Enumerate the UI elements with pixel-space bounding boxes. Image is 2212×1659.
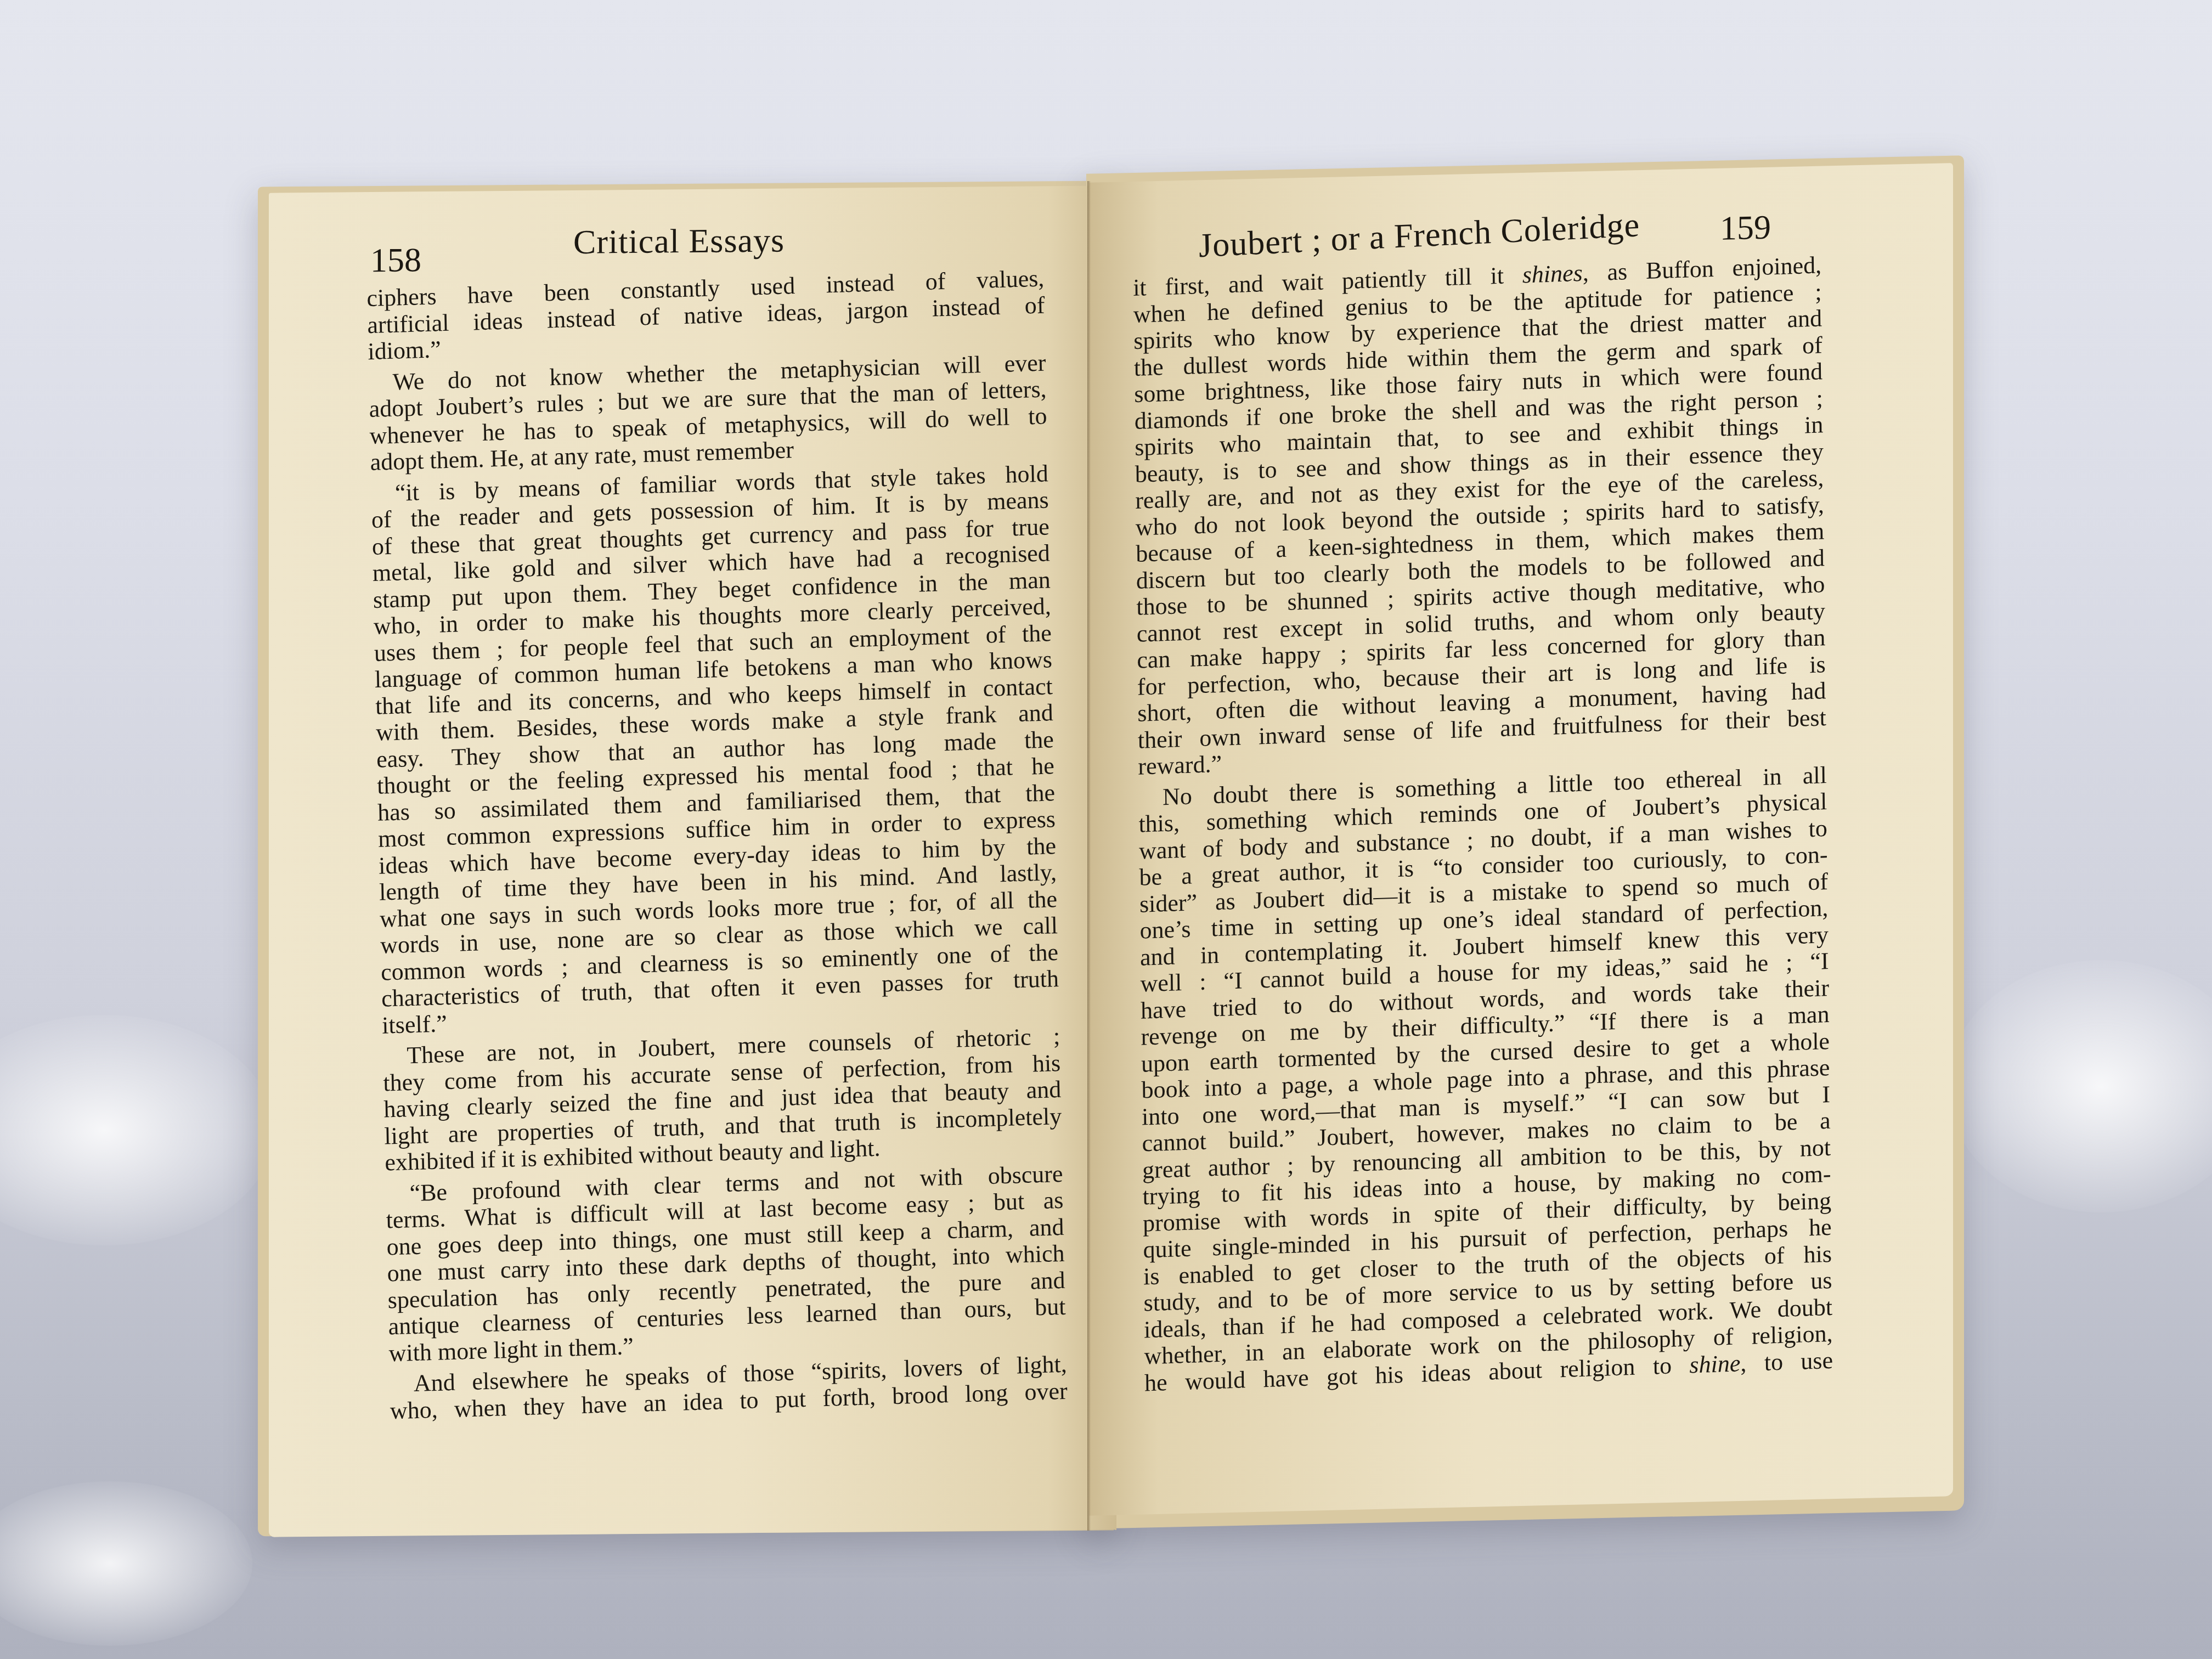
left-running-head: Critical Essays [573,222,785,262]
right-page-body: it first, and wait patiently till it shi… [1133,252,1833,1396]
left-page-body: ciphers have been constantly used instea… [366,266,1068,1425]
right-page: Joubert ; or a French Coleridge 159 it f… [1089,163,1953,1516]
left-page: 158 Critical Essays ciphers have been co… [269,185,1116,1537]
text-line-content: itself.” [382,1010,448,1039]
right-running-head: Joubert ; or a French Coleridge [1198,206,1640,266]
text-line-content: idiom.” [368,336,441,365]
left-page-number: 158 [370,241,421,280]
italic-word: shines [1522,259,1583,289]
text-line-content: reward.” [1138,751,1222,780]
right-page-number: 159 [1720,208,1771,249]
italic-word: shine [1689,1350,1740,1378]
open-book: 158 Critical Essays ciphers have been co… [0,0,2212,1659]
text-line-tail: , to use [1740,1346,1833,1376]
book-gutter [1087,181,1091,1531]
